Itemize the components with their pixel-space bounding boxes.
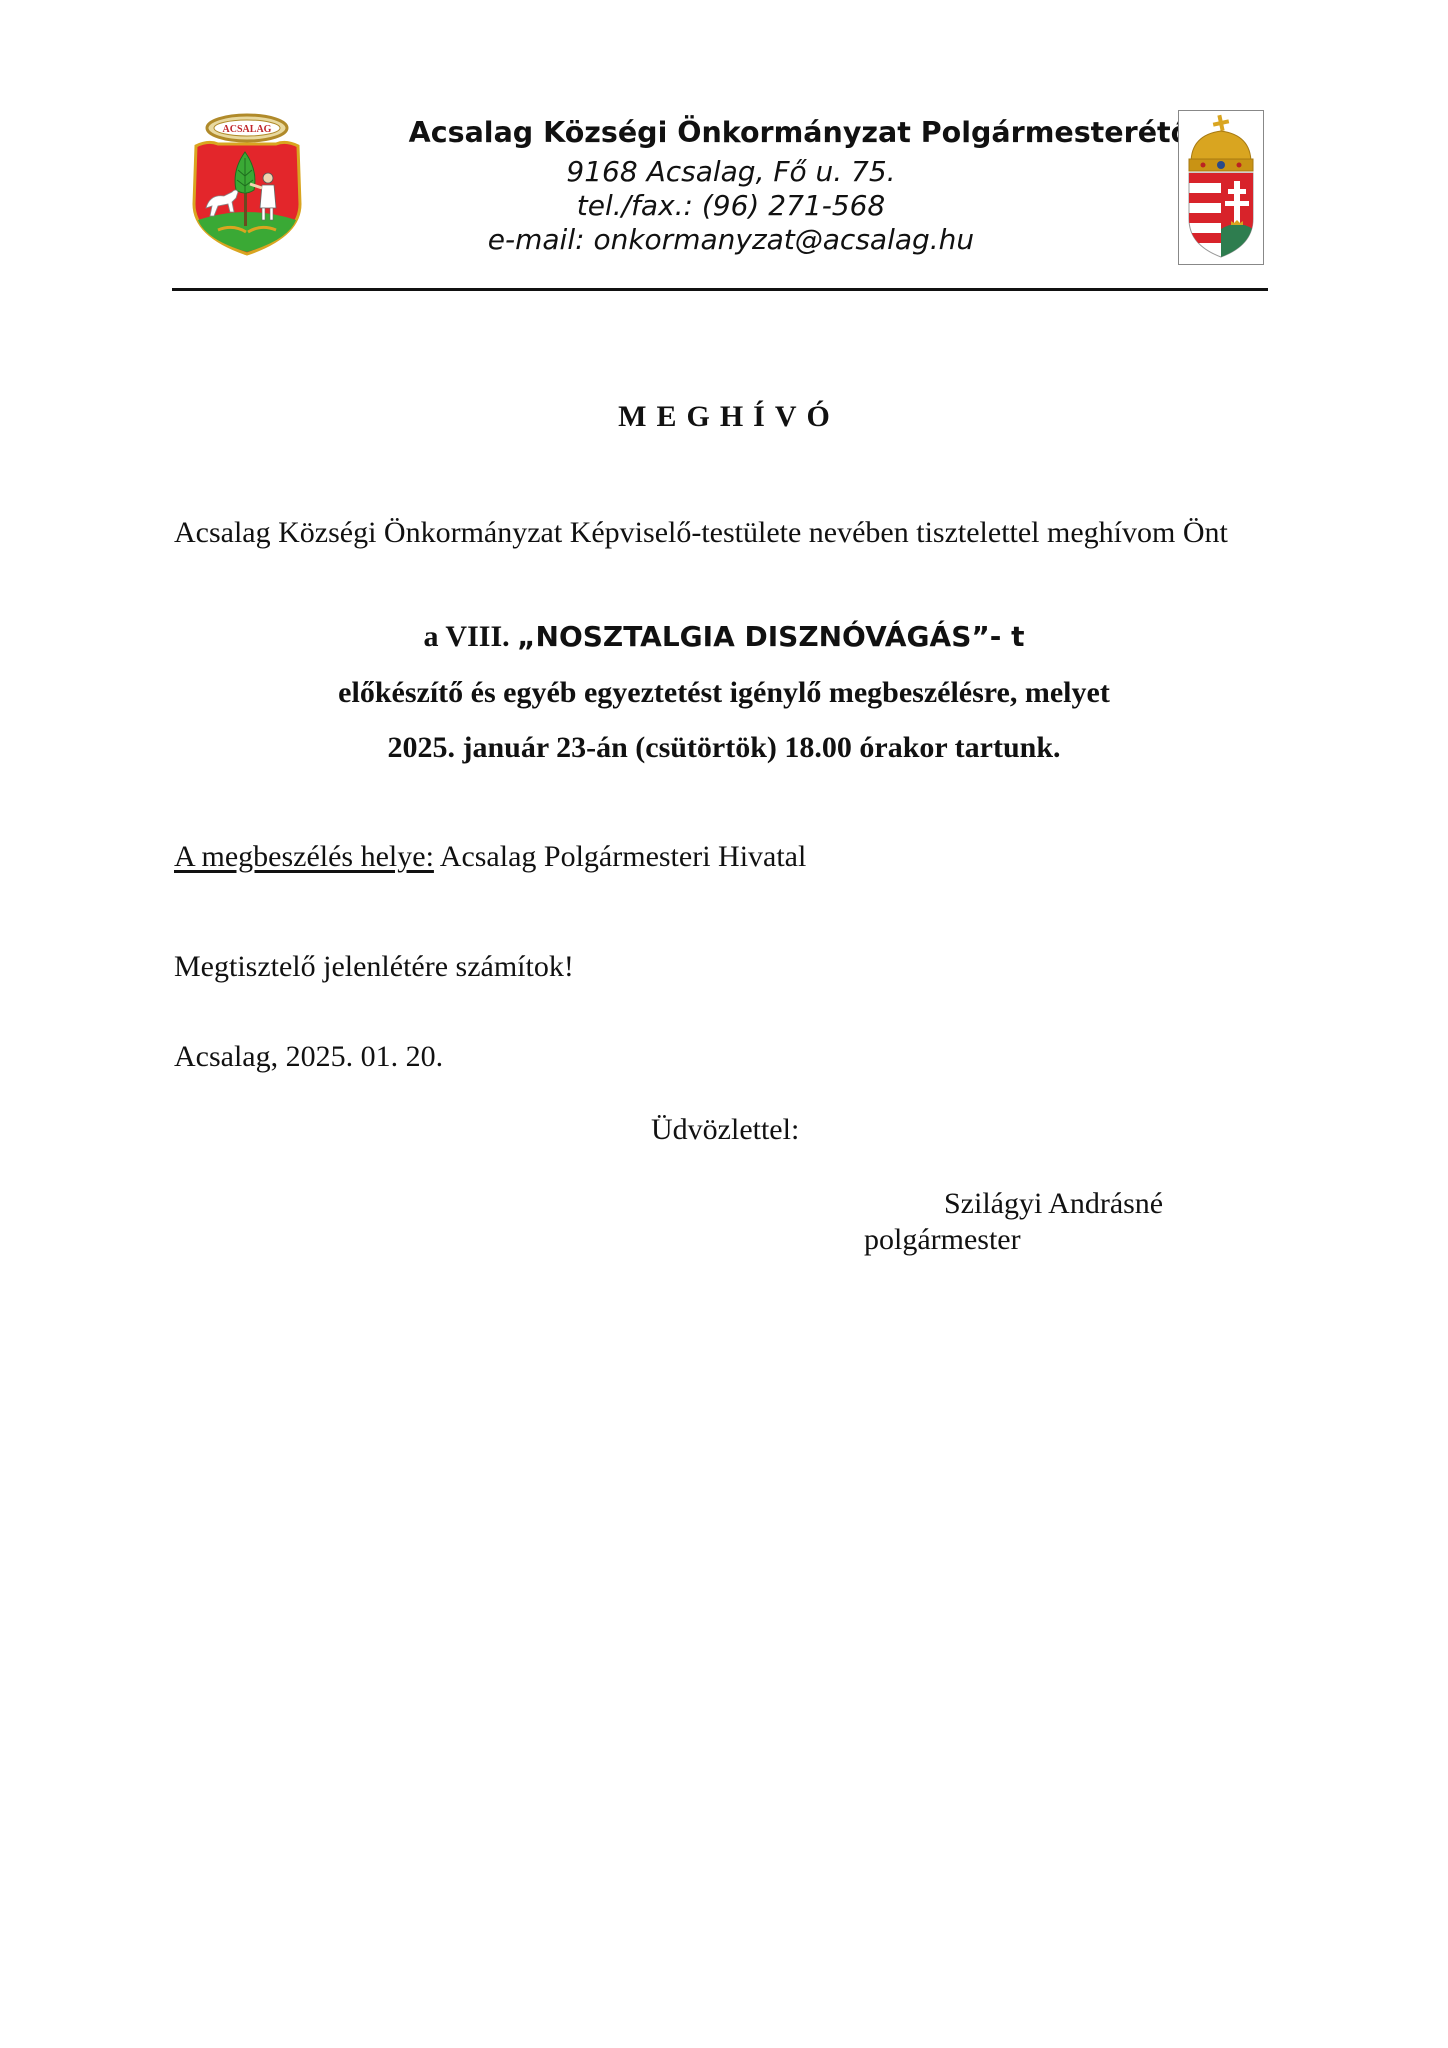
svg-text:ACSALAG: ACSALAG (223, 124, 272, 135)
greeting: Üdvözlettel: (651, 1113, 799, 1147)
place-and-date: Acsalag, 2025. 01. 20. (174, 1040, 443, 1074)
hungary-coat-of-arms-icon (1178, 110, 1264, 265)
document-page: ACSALAG Acsalag Községi Önkormányzat Pol… (0, 0, 1448, 2048)
intro-paragraph: Acsalag Községi Önkormányzat Képviselő-t… (174, 506, 1282, 560)
event-line: a VIII. „NOSZTALGIA DISZNÓVÁGÁS”- t (0, 620, 1448, 654)
letterhead-divider (172, 288, 1268, 291)
meeting-place-label: A megbeszélés helye: (174, 840, 434, 873)
meeting-purpose: előkészítő és egyéb egyeztetést igénylő … (0, 676, 1448, 710)
meeting-place: A megbeszélés helye: Acsalag Polgármeste… (174, 840, 806, 874)
letterhead-address: 9168 Acsalag, Fő u. 75. (431, 155, 1031, 189)
document-title: MEGHÍVÓ (0, 400, 1448, 434)
letterhead-sender-clip: Acsalag Községi Önkormányzat Polgármeste… (336, 112, 1206, 154)
signer-title: polgármester (864, 1223, 1021, 1257)
meeting-place-value: Acsalag Polgármesteri Hivatal (440, 840, 807, 873)
signer-name: Szilágyi Andrásné (944, 1187, 1163, 1221)
meeting-datetime: 2025. január 23-án (csütörtök) 18.00 óra… (0, 731, 1448, 765)
closing-line: Megtisztelő jelenlétére számítok! (174, 950, 574, 984)
letterhead-phone: tel./fax.: (96) 271-568 (431, 189, 1031, 223)
letterhead-sender: Acsalag Községi Önkormányzat Polgármeste… (409, 116, 1200, 149)
acsalag-coat-of-arms-icon: ACSALAG (188, 112, 306, 258)
event-name: „NOSZTALGIA DISZNÓVÁGÁS”- t (517, 620, 1024, 653)
event-prefix: a VIII. (423, 620, 509, 653)
letterhead-email: e-mail: onkormanyzat@acsalag.hu (431, 223, 1031, 257)
